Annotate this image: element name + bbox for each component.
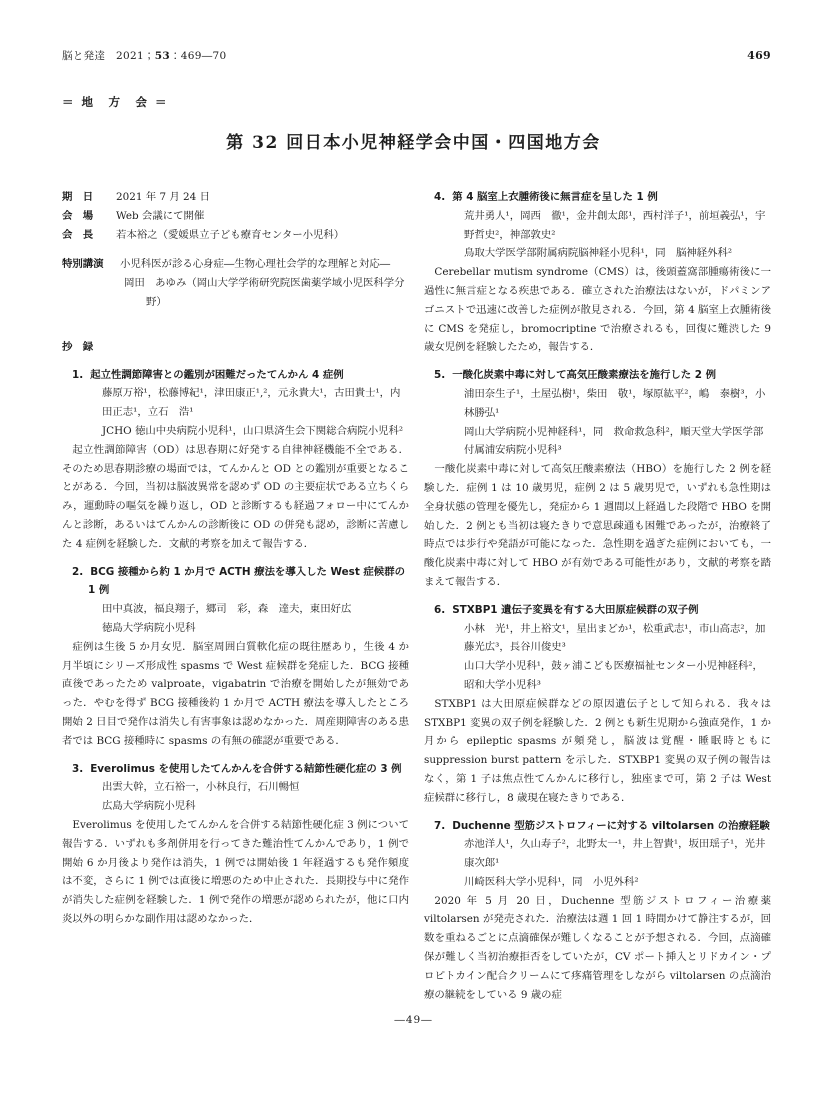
meta-label-venue: 会 場 [62,207,108,226]
abstract-number: 2. [72,566,83,578]
abstract-number: 3. [72,763,83,775]
citation-prefix: 脳と発達 2021； [62,50,155,62]
page-number: 469 [747,49,771,62]
abstract-title-text: STXBP1 遺伝子変異を有する大田原症候群の双子例 [452,604,698,616]
abstract-affiliation: 岡山大学病院小児神経科¹，同 救命救急科²，順天堂大学医学部付属浦安病院小児科³ [464,423,771,461]
meta-value-venue: Web 会議にて開催 [116,207,204,226]
abstract-body: Everolimus を使用したてんかんを合併する結節性硬化症 3 例について報… [62,816,409,929]
abstract-authors: 浦田奈生子¹，土屋弘樹¹，柴田 敬¹，塚原紘平²，嶋 泰樹³，小林勝弘¹ [464,385,771,423]
right-column: 4.第 4 脳室上衣腫術後に無言症を呈した 1 例 荒井勇人¹，岡西 徹¹，金井… [424,188,771,1004]
meta-row-date: 期 日 2021 年 7 月 24 日 [62,188,409,207]
abstract-title: 1.起立性調節障害との鑑別が困難だったてんかん 4 症例 [62,366,409,385]
meeting-meta: 期 日 2021 年 7 月 24 日 会 場 Web 会議にて開催 会 長 若… [62,188,409,244]
abstract-6: 6.STXBP1 遺伝子変異を有する大田原症候群の双子例 小林 光¹，井上裕文¹… [424,601,771,808]
abstract-body: 症例は生後 5 か月女児．脳室周囲白質軟化症の既往歴あり，生後 4 か月半頃にシ… [62,638,409,751]
abstract-number: 6. [434,604,445,616]
journal-citation: 脳と発達 2021；53：469―70 [62,48,226,63]
meta-row-president: 会 長 若本裕之（愛媛県立子ども療育センター小児科） [62,226,409,245]
abstract-affiliation: JCHO 徳山中央病院小児科¹，山口県済生会下関総合病院小児科² [102,422,409,441]
abstract-title-text: 起立性調節障害との鑑別が困難だったてんかん 4 症例 [90,369,343,381]
abstracts-section-label: 抄 録 [62,338,409,357]
abstract-2: 2.BCG 接種から約 1 か月で ACTH 療法を導入した West 症候群の… [62,563,409,751]
abstract-authors: 荒井勇人¹，岡西 徹¹，金井創太郎¹，西村洋子¹，前垣義弘¹，宇野哲史²，神部敦… [464,207,771,245]
abstract-authors: 田中真波，福良翔子，郷司 彩，森 達夫，東田好広 [102,600,409,619]
abstract-affiliation: 川崎医科大学小児科¹，同 小児外科² [464,873,771,892]
abstract-title-text: Everolimus を使用したてんかんを合併する結節性硬化症の 3 例 [90,763,401,775]
abstract-affiliation: 鳥取大学医学部附属病院脳神経小児科¹，同 脳神経外科² [464,244,771,263]
page-header: 脳と発達 2021；53：469―70 469 [62,48,771,63]
abstract-authors: 出雲大幹，立石裕一，小林良行，石川暢恒 [102,778,409,797]
two-column-body: 期 日 2021 年 7 月 24 日 会 場 Web 会議にて開催 会 長 若… [62,188,771,1004]
abstract-title-text: 一酸化炭素中毒に対して高気圧酸素療法を施行した 2 例 [452,369,716,381]
abstract-title: 3.Everolimus を使用したてんかんを合併する結節性硬化症の 3 例 [62,760,409,779]
meta-value-president: 若本裕之（愛媛県立子ども療育センター小児科） [116,226,344,245]
abstract-number: 7. [434,820,445,832]
abstract-authors: 赤池洋人¹，久山寿子²，北野太一¹，井上智貴¹，坂田瑶子¹，光井康次郎¹ [464,835,771,873]
abstract-number: 1. [72,369,83,381]
special-lecture: 特別講演 小児科医が診る心身症―生物心理社会学的な理解と対応― 岡田 あゆみ（岡… [62,255,409,311]
abstract-title: 4.第 4 脳室上衣腫術後に無言症を呈した 1 例 [424,188,771,207]
section-banner: ＝ 地 方 会 ＝ [62,94,169,110]
abstract-4: 4.第 4 脳室上衣腫術後に無言症を呈した 1 例 荒井勇人¹，岡西 徹¹，金井… [424,188,771,357]
abstract-5: 5.一酸化炭素中毒に対して高気圧酸素療法を施行した 2 例 浦田奈生子¹，土屋弘… [424,366,771,592]
special-lecture-title: 小児科医が診る心身症―生物心理社会学的な理解と対応― [120,255,409,274]
page-footer-number: ―49― [0,1014,827,1026]
abstract-number: 5. [434,369,445,381]
special-lecture-row: 特別講演 小児科医が診る心身症―生物心理社会学的な理解と対応― [62,255,409,274]
meta-row-venue: 会 場 Web 会議にて開催 [62,207,409,226]
abstract-body: 一酸化炭素中毒に対して高気圧酸素療法（HBO）を施行した 2 例を経験した．症例… [424,460,771,592]
abstract-affiliation: 徳島大学病院小児科 [102,619,409,638]
meta-label-president: 会 長 [62,226,108,245]
citation-pages: ：469―70 [170,50,227,62]
abstract-body: STXBP1 は大田原症候群などの原因遺伝子として知られる．我々は STXBP1… [424,695,771,808]
journal-page: 脳と発達 2021；53：469―70 469 ＝ 地 方 会 ＝ 第 32 回… [0,0,827,1103]
abstract-3: 3.Everolimus を使用したてんかんを合併する結節性硬化症の 3 例 出… [62,760,409,929]
citation-volume: 53 [155,50,170,62]
abstract-body: 起立性調節障害（OD）は思春期に好発する自律神経機能不全である．そのため思春期診… [62,441,409,554]
abstract-body: Cerebellar mutism syndrome（CMS）は，後頭蓋窩部腫瘍… [424,263,771,357]
left-column: 期 日 2021 年 7 月 24 日 会 場 Web 会議にて開催 会 長 若… [62,188,409,1004]
abstract-authors: 小林 光¹，井上裕文¹，星出まどか¹，松重武志¹，市山高志²，加藤光広³，長谷川… [464,620,771,658]
abstract-1: 1.起立性調節障害との鑑別が困難だったてんかん 4 症例 藤原万裕¹，松藤博紀¹… [62,366,409,554]
meta-label-date: 期 日 [62,188,108,207]
abstract-title-text: 第 4 脳室上衣腫術後に無言症を呈した 1 例 [452,191,658,203]
abstract-title: 5.一酸化炭素中毒に対して高気圧酸素療法を施行した 2 例 [424,366,771,385]
abstract-authors: 藤原万裕¹，松藤博紀¹，津田康正¹,²，元永貴大¹，古田貴士¹，内田正志¹，立石… [102,384,409,422]
abstract-affiliation: 広島大学病院小児科 [102,797,409,816]
abstract-title-text: BCG 接種から約 1 か月で ACTH 療法を導入した West 症候群の 1… [88,566,405,597]
page-title: 第 32 回日本小児神経学会中国・四国地方会 [0,128,827,153]
special-lecture-label: 特別講演 [62,255,116,274]
abstract-title: 6.STXBP1 遺伝子変異を有する大田原症候群の双子例 [424,601,771,620]
abstract-number: 4. [434,191,445,203]
abstract-title: 7.Duchenne 型筋ジストロフィーに対する viltolarsen の治療… [424,817,771,836]
abstract-title: 2.BCG 接種から約 1 か月で ACTH 療法を導入した West 症候群の… [62,563,409,601]
abstract-body: 2020 年 5 月 20 日，Duchenne 型筋ジストロフィー治療薬 vi… [424,892,771,1005]
abstract-affiliation: 山口大学小児科¹，鼓ヶ浦こども医療福祉センター小児神経科²，昭和大学小児科³ [464,657,771,695]
abstract-title-text: Duchenne 型筋ジストロフィーに対する viltolarsen の治療経験 [452,820,770,832]
meta-value-date: 2021 年 7 月 24 日 [116,188,210,207]
abstract-7: 7.Duchenne 型筋ジストロフィーに対する viltolarsen の治療… [424,817,771,1005]
special-lecture-speaker: 岡田 あゆみ（岡山大学学術研究院医歯薬学域小児医科学分野） [124,274,409,312]
